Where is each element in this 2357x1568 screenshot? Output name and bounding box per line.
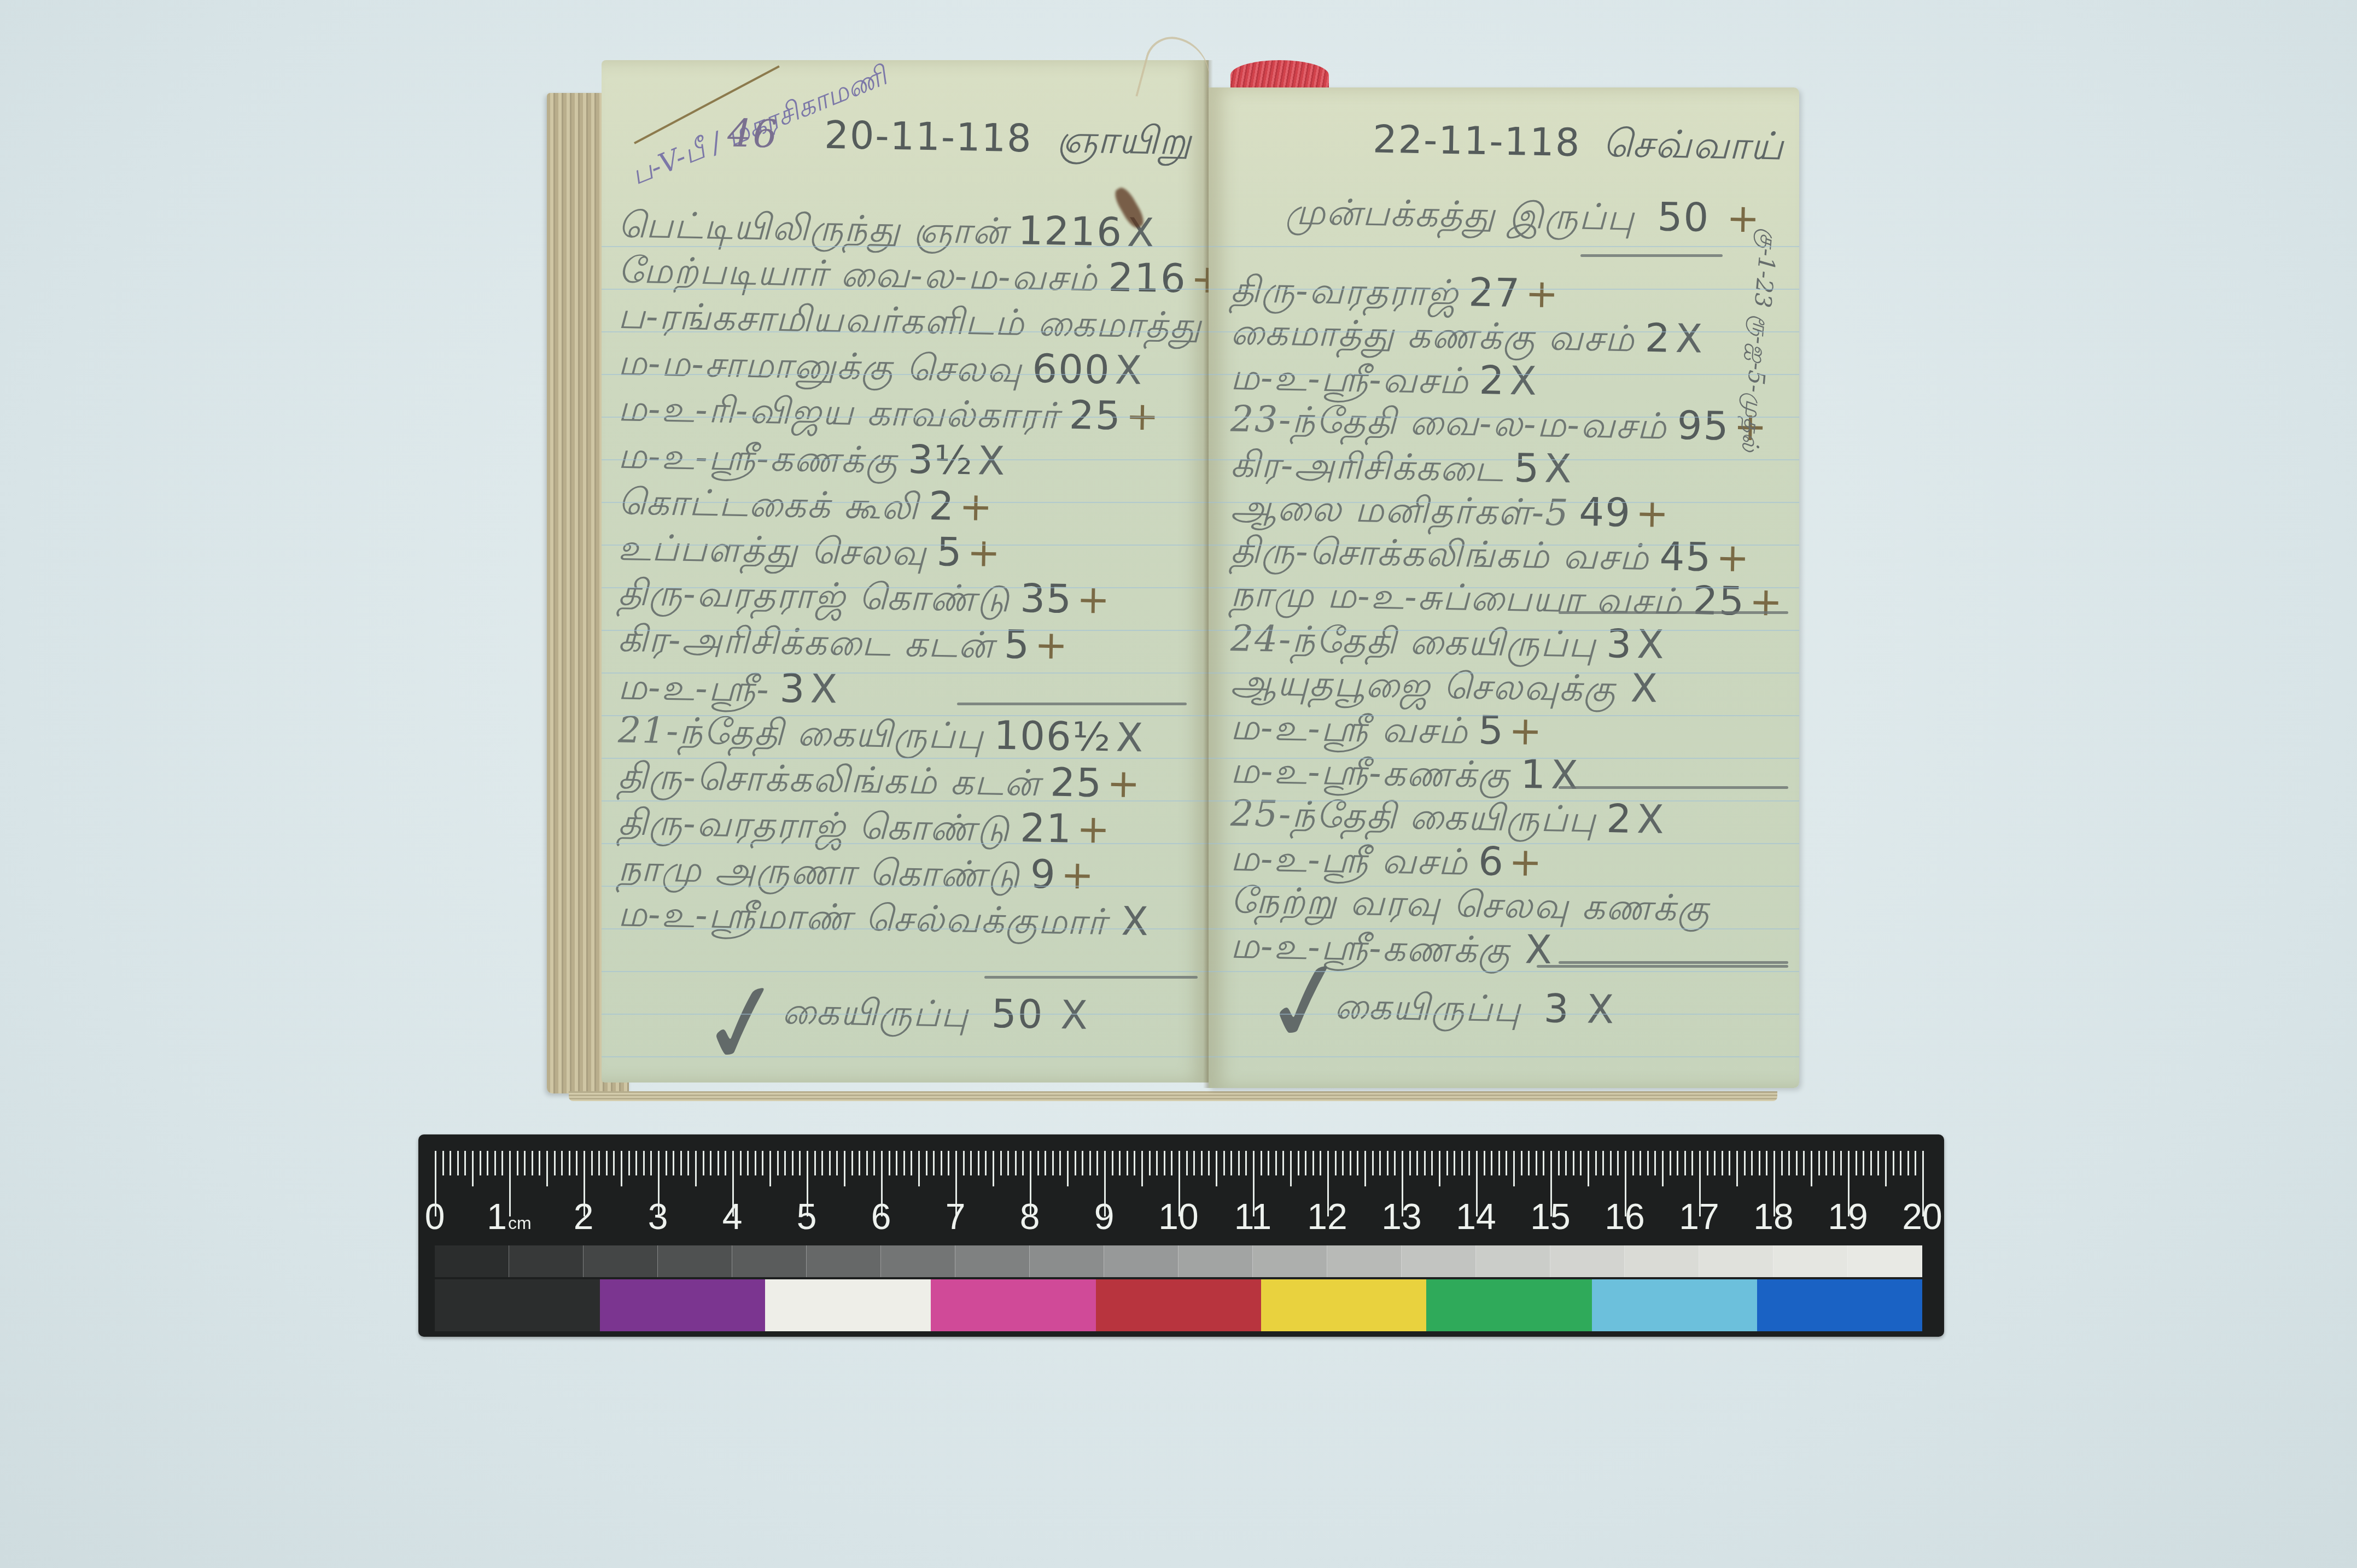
ruler-tick xyxy=(442,1151,444,1175)
cross-mark-icon: X xyxy=(1636,621,1665,668)
grey-step xyxy=(1178,1245,1253,1277)
ruler-tick xyxy=(1632,1151,1634,1175)
entry-description: ம-உ-ஸ்ரீ-கணக்கு xyxy=(617,435,899,482)
ruler-tick xyxy=(1275,1151,1277,1175)
color-patch-purple xyxy=(600,1279,765,1331)
header-date: 20-11-118 xyxy=(824,113,1033,161)
color-patches xyxy=(435,1279,1922,1331)
ruler-tick xyxy=(1647,1151,1649,1175)
ruler-tick xyxy=(1528,1151,1530,1175)
grey-step xyxy=(807,1245,881,1277)
entry-amount: 106½ xyxy=(994,712,1112,760)
grey-step xyxy=(435,1245,509,1277)
ruler-tick xyxy=(487,1151,488,1175)
ruler-tick xyxy=(1461,1151,1463,1175)
ruler-tick xyxy=(1134,1151,1135,1175)
color-patch-yellow xyxy=(1261,1279,1426,1331)
ruler-tick xyxy=(941,1151,942,1175)
ruled-line xyxy=(1209,886,1799,887)
ruled-line xyxy=(602,928,1209,929)
plus-mark-icon: + xyxy=(959,483,994,530)
unit-label: cm xyxy=(508,1213,532,1233)
ruler-tick xyxy=(873,1151,875,1175)
grey-step xyxy=(1699,1245,1773,1277)
grey-step xyxy=(584,1245,658,1277)
ruler-tick xyxy=(1744,1151,1746,1175)
ruler-tick xyxy=(1290,1151,1292,1186)
entry-amount xyxy=(1117,898,1117,944)
ruler-tick xyxy=(1506,1151,1507,1175)
ruler-tick xyxy=(472,1151,474,1186)
ruler-tick xyxy=(687,1151,689,1175)
ruler-labels: 01cm234567891011121314151617181920 xyxy=(435,1197,1922,1241)
ruler-tick xyxy=(1201,1151,1203,1175)
ruler-label: 9 xyxy=(1094,1197,1115,1236)
ruled-line xyxy=(1209,1056,1799,1057)
ruled-line xyxy=(1209,417,1799,418)
ruler-tick xyxy=(1149,1151,1151,1175)
ruler-label: 20 xyxy=(1902,1197,1942,1236)
cross-mark-icon: X xyxy=(1121,898,1150,945)
entry-amount: 27 xyxy=(1468,269,1521,316)
plus-mark-icon: + xyxy=(1034,622,1069,668)
entry-description: திரு-வரதராஜ் கொண்டு xyxy=(617,571,1011,621)
ruled-line xyxy=(602,374,1209,375)
ruler-tick xyxy=(1387,1151,1388,1175)
ruled-line xyxy=(602,545,1209,546)
ruler-tick xyxy=(1261,1151,1262,1175)
binding-thread xyxy=(1230,60,1329,90)
ruler-tick xyxy=(561,1151,563,1175)
page-bottom-edge xyxy=(569,1091,1777,1101)
ruler-tick xyxy=(1588,1151,1589,1186)
ruler-tick xyxy=(1602,1151,1604,1175)
header-date: 22-11-118 xyxy=(1372,116,1581,165)
entry-amount: 216 xyxy=(1108,254,1187,301)
cross-mark-icon: X xyxy=(1116,715,1145,761)
ruler-label: 17 xyxy=(1679,1197,1719,1236)
cross-mark-icon: X xyxy=(977,437,1006,484)
entry-description: திரு-வரதராஜ் xyxy=(1230,268,1459,314)
ruler-tick xyxy=(494,1151,496,1175)
ruler-tick xyxy=(532,1151,533,1175)
entry-description: கிர-அரிசிக்கடை கடன் xyxy=(617,618,994,666)
ruler-tick xyxy=(1684,1151,1686,1175)
ruler-tick xyxy=(1416,1151,1418,1175)
grey-step xyxy=(1476,1245,1550,1277)
ruled-line xyxy=(602,758,1209,759)
entry-amount: 6 xyxy=(1478,838,1505,885)
ruler-tick xyxy=(1595,1151,1597,1175)
ruled-line xyxy=(1209,587,1799,588)
entry-amount: 9 xyxy=(1030,851,1057,898)
vertical-margin-note: கு-1-23 ரூ-ஐ-5-முதல் xyxy=(1733,227,1783,453)
grey-step xyxy=(881,1245,955,1277)
ruler-tick xyxy=(1670,1151,1671,1175)
entry-amount: 45 xyxy=(1659,533,1712,580)
ruler-tick xyxy=(673,1151,674,1175)
ruler-tick xyxy=(1691,1151,1693,1175)
cross-mark-icon: X xyxy=(1115,347,1144,393)
cross-mark-icon: X xyxy=(1636,796,1665,842)
ruler-tick xyxy=(524,1151,526,1175)
notebook: ப-V-பீ / மகரசிகாமணி 46 20-11-118 ஞாயிறு … xyxy=(547,60,1805,1093)
ruled-line xyxy=(602,1056,1209,1057)
ruled-line xyxy=(1209,758,1799,759)
ruler-tick xyxy=(554,1151,556,1175)
grey-step xyxy=(1253,1245,1327,1277)
ruler-tick xyxy=(1900,1151,1901,1175)
grey-step xyxy=(509,1245,584,1277)
entry-amount xyxy=(1719,885,1720,931)
color-patch-magenta xyxy=(931,1279,1096,1331)
ruler-tick xyxy=(710,1151,711,1175)
ruler-tick xyxy=(1186,1151,1188,1175)
ruler-tick xyxy=(1610,1151,1612,1175)
right-page-header: 22-11-118 செவ்வாய் xyxy=(1372,116,1784,173)
ruled-line xyxy=(1209,246,1799,247)
ruler-tick xyxy=(517,1151,518,1175)
ruler-tick xyxy=(1751,1151,1753,1175)
entry-amount xyxy=(1626,665,1626,711)
ruled-line xyxy=(602,587,1209,588)
ruler-tick xyxy=(1230,1151,1232,1175)
entry-amount: 2 xyxy=(1479,357,1506,403)
ruled-line xyxy=(1209,545,1799,546)
ruler-tick xyxy=(1335,1151,1337,1175)
entry-description: ப-ரங்கசாமியவர்களிடம் கைமாத்து xyxy=(617,295,1202,347)
entry-amount: 1216 xyxy=(1018,207,1123,255)
ruler-tick xyxy=(1870,1151,1872,1175)
ruler-tick xyxy=(1312,1151,1314,1175)
ruler-tick xyxy=(985,1151,987,1175)
ruler-tick xyxy=(650,1151,652,1175)
ruler-label: 19 xyxy=(1828,1197,1868,1236)
entry-amount: 3 xyxy=(1606,621,1633,667)
header-day: ஞாயிறு xyxy=(1056,116,1193,163)
entry-amount xyxy=(1520,926,1521,972)
ruler-tick xyxy=(755,1151,756,1175)
entry-description: நாமு அருணா கொண்டு xyxy=(617,847,1020,896)
ruler-tick xyxy=(1521,1151,1522,1175)
grey-step xyxy=(955,1245,1030,1277)
ruler-tick xyxy=(666,1151,667,1175)
plus-mark-icon: + xyxy=(1060,852,1095,898)
ruler-tick xyxy=(859,1151,860,1175)
ruled-line xyxy=(1209,1014,1799,1015)
ruler-tick xyxy=(1007,1151,1009,1175)
subtotal-underline xyxy=(957,703,1187,705)
ruler-tick xyxy=(480,1151,481,1175)
ruled-line xyxy=(1209,928,1799,929)
total-underline xyxy=(1537,965,1788,968)
ruler-tick xyxy=(598,1151,600,1175)
ruler-tick xyxy=(948,1151,949,1175)
plus-mark-icon: + xyxy=(967,529,1002,576)
ruled-line xyxy=(602,331,1209,332)
color-patch-blue xyxy=(1757,1279,1922,1331)
ruled-line xyxy=(602,417,1209,418)
ruler-tick xyxy=(1543,1151,1544,1175)
entry-amount: 25 xyxy=(1693,577,1746,624)
ruler-tick xyxy=(1171,1151,1172,1175)
ruler-tick xyxy=(769,1151,771,1186)
entry-amount: 600 xyxy=(1032,346,1111,393)
cross-mark-icon: X xyxy=(1509,358,1538,404)
ruled-line xyxy=(1209,374,1799,375)
header-day: செவ்வாய் xyxy=(1602,121,1784,169)
ruled-line xyxy=(1209,715,1799,716)
ruler-tick xyxy=(1468,1151,1470,1175)
entry-amount: 5 xyxy=(1004,621,1030,668)
entry-description: 25-ந்தேதி கையிருப்பு xyxy=(1230,792,1597,841)
ruler-tick xyxy=(1454,1151,1455,1175)
ruler-tick xyxy=(539,1151,540,1175)
entry-description: கொட்டகைக் கூலி xyxy=(617,481,919,528)
ruler-tick xyxy=(1536,1151,1537,1175)
ruler-tick xyxy=(1223,1151,1225,1175)
entry-description: மேற்படியார் வை-ல-ம-வசம் xyxy=(617,249,1099,299)
ruler-tick xyxy=(450,1151,451,1175)
entry-description: உப்பளத்து செலவு xyxy=(617,526,927,574)
ruler-tick xyxy=(1216,1151,1217,1186)
ruler-tick xyxy=(1788,1151,1790,1175)
total-underline xyxy=(984,976,1198,979)
plus-mark-icon: + xyxy=(1076,806,1111,852)
left-closing-balance: கையிருப்பு 50 X xyxy=(781,987,1089,1043)
ruler-tick xyxy=(1127,1151,1128,1175)
ruler-tick xyxy=(918,1151,920,1186)
grey-step xyxy=(658,1245,732,1277)
ruler-tick xyxy=(546,1151,548,1186)
ruler-tick xyxy=(569,1151,570,1175)
ruled-line xyxy=(602,289,1209,290)
ruled-line xyxy=(602,886,1209,887)
subtotal-underline xyxy=(1559,961,1788,964)
ruler-tick xyxy=(628,1151,630,1175)
ruled-line xyxy=(602,630,1209,631)
entry-amount: 2 xyxy=(929,483,955,529)
ruler-tick xyxy=(784,1151,786,1175)
ruler-tick xyxy=(933,1151,935,1175)
ruler-tick xyxy=(1089,1151,1091,1175)
entry-amount: 25 xyxy=(1069,392,1122,439)
subtotal-underline xyxy=(1559,786,1788,789)
color-patch-red xyxy=(1096,1279,1261,1331)
ruler-tick xyxy=(777,1151,779,1175)
ruler-label: 15 xyxy=(1530,1197,1570,1236)
ruler-tick xyxy=(1781,1151,1783,1175)
color-patch-white xyxy=(765,1279,930,1331)
ruler-tick xyxy=(970,1151,972,1175)
entry-amount: 5 xyxy=(936,529,963,575)
ruler-tick xyxy=(1394,1151,1396,1175)
ruler-tick xyxy=(1565,1151,1567,1175)
ruler-tick xyxy=(621,1151,622,1186)
ruler-tick xyxy=(1156,1151,1158,1175)
scale-ruler-color-card: 01cm234567891011121314151617181920 xyxy=(418,1134,1944,1337)
entry-description: ஆயுதபூஜை செலவுக்கு xyxy=(1230,661,1617,710)
ruler-label: 0 xyxy=(425,1197,445,1236)
ruler-tick xyxy=(1164,1151,1165,1175)
ruler-tick xyxy=(1238,1151,1240,1175)
ruled-line xyxy=(1209,672,1799,674)
ruler-tick xyxy=(1811,1151,1812,1186)
ruler-tick xyxy=(680,1151,682,1175)
ruler-tick xyxy=(643,1151,645,1175)
ruler-tick xyxy=(1580,1151,1582,1175)
ruler-tick xyxy=(1736,1151,1738,1186)
ruled-line xyxy=(602,971,1209,972)
cross-mark-icon: X xyxy=(1630,665,1659,711)
ruler-tick xyxy=(1045,1151,1046,1175)
ruler-tick xyxy=(1677,1151,1678,1175)
grey-step xyxy=(1773,1245,1848,1277)
entry-amount: 21 xyxy=(1020,805,1073,852)
ruler-tick xyxy=(993,1151,994,1186)
entry-amount: 35 xyxy=(1020,575,1073,622)
ruled-line xyxy=(602,843,1209,844)
ruler-tick xyxy=(1617,1151,1619,1175)
ruler-label: 5 xyxy=(797,1197,817,1236)
ruler-tick xyxy=(844,1151,845,1186)
ruler-tick xyxy=(740,1151,742,1175)
ruler-tick xyxy=(717,1151,719,1175)
grey-step xyxy=(1030,1245,1104,1277)
plus-mark-icon: + xyxy=(1635,490,1670,536)
grey-step xyxy=(1327,1245,1402,1277)
ruler-tick xyxy=(836,1151,838,1175)
ruler-tick xyxy=(1907,1151,1909,1175)
header-prefix: 46 xyxy=(727,111,778,157)
grey-scale-ramp xyxy=(435,1245,1922,1277)
ruler-tick xyxy=(821,1151,823,1175)
ruler-label: 11 xyxy=(1234,1197,1272,1236)
entry-description: ம-உ-ரி-விஜய காவல்காரர் xyxy=(617,387,1059,437)
grey-step xyxy=(1625,1245,1699,1277)
subtotal-underline xyxy=(1559,611,1788,614)
ruler-tick xyxy=(1082,1151,1083,1175)
left-page-header: 46 20-11-118 ஞாயிறு xyxy=(727,111,1192,169)
color-patch-green xyxy=(1426,1279,1591,1331)
ruler-tick xyxy=(1885,1151,1887,1186)
ruled-line xyxy=(1209,289,1799,290)
ruled-line xyxy=(602,800,1209,801)
ruler-tick xyxy=(1424,1151,1426,1175)
ruler-tick xyxy=(1119,1151,1121,1175)
ruler-tick xyxy=(963,1151,965,1175)
ruler-tick xyxy=(1484,1151,1485,1175)
ruler-tick xyxy=(747,1151,749,1175)
ruler-tick xyxy=(1729,1151,1730,1175)
ruler-tick xyxy=(1439,1151,1440,1186)
ruler-tick xyxy=(896,1151,897,1175)
ruler-label: 7 xyxy=(946,1197,966,1236)
grey-step xyxy=(1104,1245,1178,1277)
ruler-tick xyxy=(1759,1151,1760,1175)
ruler-tick xyxy=(1431,1151,1433,1175)
grey-step xyxy=(1848,1245,1922,1277)
entry-description: ம-உ-ஸ்ரீ வசம் xyxy=(1230,706,1469,752)
ruler-tick xyxy=(1573,1151,1574,1175)
ruler-label: 2 xyxy=(574,1197,594,1236)
plus-mark-icon: + xyxy=(1525,270,1560,317)
ruler-tick xyxy=(591,1151,593,1175)
entry-amount: 5 xyxy=(1514,445,1541,492)
ruler-tick xyxy=(1000,1151,1002,1175)
ruler-tick xyxy=(1818,1151,1820,1175)
ruled-line xyxy=(602,715,1209,716)
ruler-tick xyxy=(1067,1151,1069,1186)
ruler-tick xyxy=(613,1151,615,1175)
cross-mark-icon: X xyxy=(1675,315,1704,362)
entry-description: பெட்டியிலிருந்து ஞான் xyxy=(617,203,1008,252)
ruler-label: 18 xyxy=(1753,1197,1793,1236)
ruler-tick xyxy=(866,1151,868,1175)
grey-step xyxy=(1550,1245,1625,1277)
ruler-tick xyxy=(1059,1151,1061,1175)
entry-description: 23-ந்தேதி வை-ல-ம-வசம் xyxy=(1230,397,1667,447)
ruler-tick xyxy=(1245,1151,1247,1175)
ruler-tick xyxy=(1714,1151,1716,1175)
plus-mark-icon: + xyxy=(1508,839,1543,885)
ruler-label: 4 xyxy=(722,1197,743,1236)
plus-mark-icon: + xyxy=(1749,578,1784,625)
ruler-tick xyxy=(792,1151,794,1175)
ruler-tick xyxy=(829,1151,831,1175)
ruler-tick xyxy=(1379,1151,1381,1175)
ruler-tick xyxy=(1268,1151,1269,1175)
ruler-tick xyxy=(1498,1151,1500,1175)
color-patch-cyan xyxy=(1592,1279,1757,1331)
ruler-tick xyxy=(1372,1151,1374,1175)
ruled-line xyxy=(602,672,1209,674)
entry-amount: 25 xyxy=(1050,759,1103,806)
entry-description: திரு-சொக்கலிங்கம் கடன் xyxy=(617,755,1041,804)
left-page: ப-V-பீ / மகரசிகாமணி 46 20-11-118 ஞாயிறு … xyxy=(602,60,1209,1083)
ruler-tick xyxy=(576,1151,577,1175)
ruler-tick xyxy=(1840,1151,1842,1175)
ruler-tick xyxy=(1654,1151,1656,1175)
ruler-tick xyxy=(1052,1151,1054,1175)
ruler-tick xyxy=(1640,1151,1641,1175)
ruled-line xyxy=(1209,800,1799,801)
ruled-line xyxy=(602,502,1209,503)
ruler-tick xyxy=(903,1151,905,1175)
cross-mark-icon: X xyxy=(1544,446,1573,492)
ledger-entry: ம-உ-ஸ்ரீமாண் செல்வக்குமார்X xyxy=(617,890,1150,949)
plus-mark-icon: + xyxy=(1508,707,1543,754)
plus-mark-icon: + xyxy=(1716,534,1751,581)
ruler-tick xyxy=(1022,1151,1024,1175)
ruler-tick xyxy=(1350,1151,1351,1175)
ruler-tick xyxy=(1305,1151,1306,1175)
ruled-line xyxy=(1209,843,1799,844)
ruler-tick xyxy=(1722,1151,1723,1175)
ruler-label: 13 xyxy=(1381,1197,1421,1236)
entry-amount: 49 xyxy=(1579,489,1632,536)
entry-description: ம-ம-சாமானுக்கு செலவு xyxy=(617,342,1023,391)
ruler-label: 12 xyxy=(1307,1197,1347,1236)
ruler-tick xyxy=(1357,1151,1358,1175)
ruler-tick xyxy=(1037,1151,1039,1175)
ruler-tick xyxy=(1893,1151,1894,1175)
ruler-tick xyxy=(762,1151,763,1175)
ruler-tick xyxy=(814,1151,816,1175)
ruler-tick xyxy=(1446,1151,1448,1175)
ruled-line xyxy=(1209,971,1799,972)
ruler-tick xyxy=(606,1151,608,1175)
